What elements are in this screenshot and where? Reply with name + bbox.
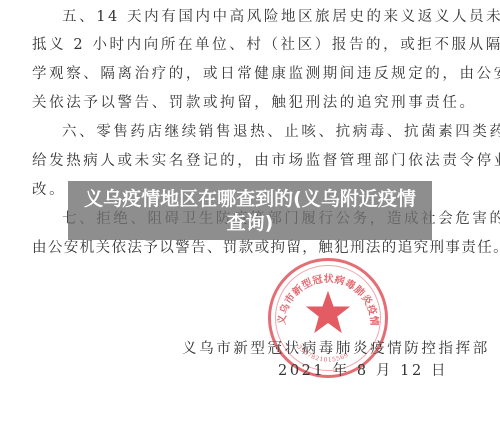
signature-organization: 义乌市新型冠状病毒肺炎疫情防控指挥部 xyxy=(182,337,490,358)
paragraph-6-line-1: 六、零售药店继续销售退热、止咳、抗病毒、抗菌素四类药品 xyxy=(62,123,500,141)
paragraph-5-line-2: 抵义 2 小时内向所在单位、村（社区）报告的，或拒不服从隔离医 xyxy=(32,36,500,54)
paragraph-7-line-2: 由公安机关依法予以警告、罚款或拘留，触犯刑法的追究刑事责任。 xyxy=(32,239,500,257)
title-banner: 义乌疫情地区在哪查到的(义乌附近疫情查询) xyxy=(68,181,432,240)
banner-title: 义乌疫情地区在哪查到的(义乌附近疫情查询) xyxy=(68,187,432,235)
paragraph-5-line-3: 学观察、隔离治疗的，或日常健康监测期间违反规定的，由公安机 xyxy=(32,65,500,83)
paragraph-6-line-2: 给发热病人或未实名登记的，由市场监督管理部门依法责令停业整 xyxy=(32,152,500,170)
paragraph-5-line-1: 五、14 天内有国内中高风险地区旅居史的来义返义人员未在 xyxy=(62,8,500,26)
paragraph-6-line-3: 改。 xyxy=(32,181,66,199)
signature-date: 2021 年 8 月 12 日 xyxy=(278,359,448,380)
paragraph-5-line-4: 关依法予以警告、罚款或拘留，触犯刑法的追究刑事责任。 xyxy=(32,94,477,112)
star-icon xyxy=(305,289,351,335)
